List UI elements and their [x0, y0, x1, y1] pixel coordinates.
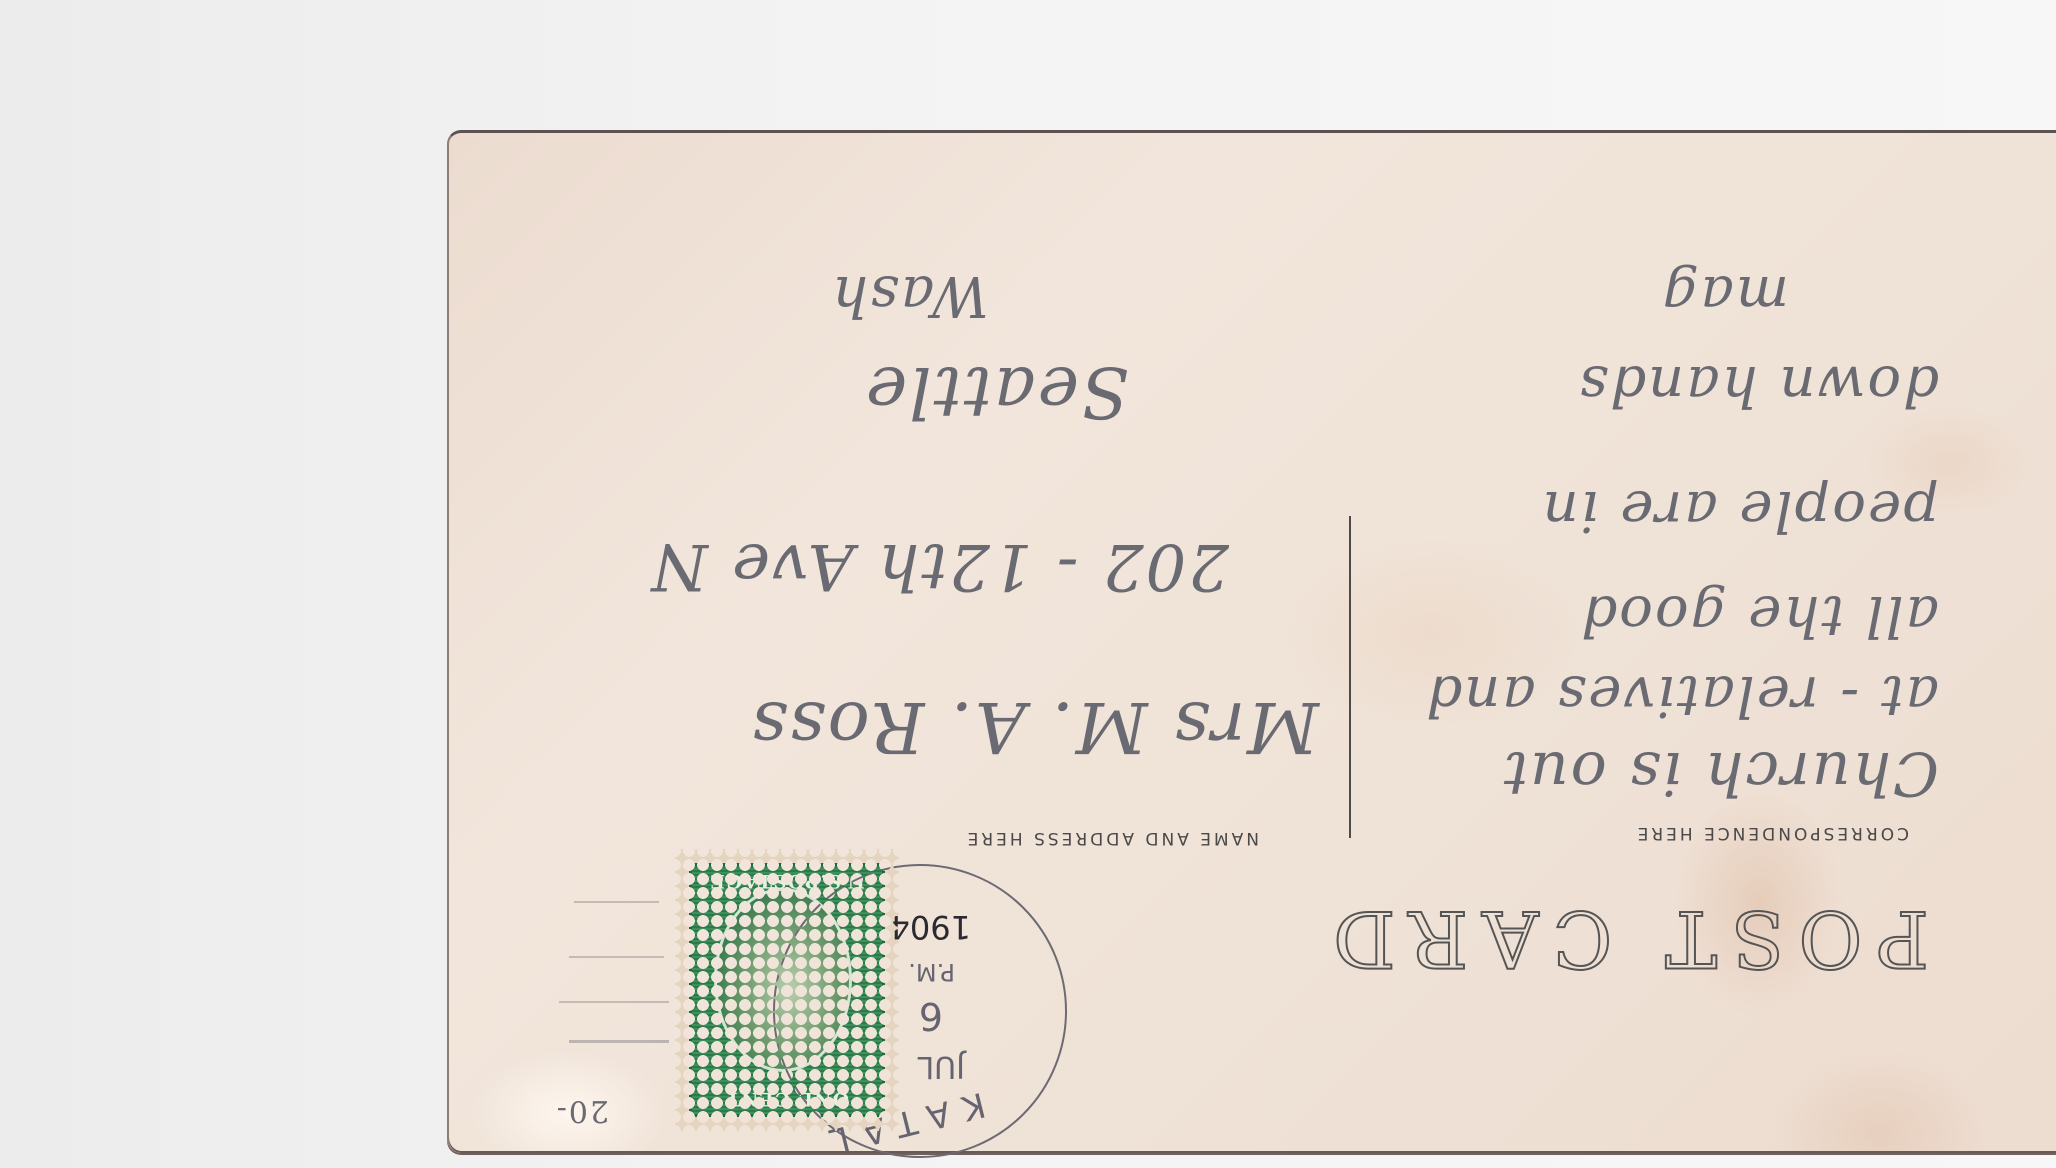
postmark-year: 1904 [890, 908, 971, 946]
message-line-6: mag [1661, 263, 1789, 328]
address-line-3: Seattle [864, 351, 1129, 433]
postcard-face: POST CARD CORRESPONDENCE HERE NAME AND A… [449, 133, 2056, 1153]
postcard: POST CARD CORRESPONDENCE HERE NAME AND A… [447, 130, 2056, 1153]
message-line-3: all the good [1579, 583, 1939, 648]
corner-note: 20- [555, 1093, 609, 1128]
message-line-2: at - relatives and [1424, 663, 1939, 728]
address-line-4: Wash [830, 263, 989, 328]
stamp-bottom-text: U.S.POSTAGE [692, 870, 882, 892]
cancel-line [569, 956, 664, 958]
post-card-title: POST CARD [1319, 893, 1929, 983]
address-line-2: 202 - 12th Ave N [650, 529, 1229, 603]
portrait-icon [714, 888, 852, 1072]
message-line-1: Church is out [1502, 738, 1939, 808]
divider-line [1349, 516, 1351, 838]
postage-stamp: ONE CENT U.S.POSTAGE [675, 849, 899, 1131]
postmark-month: JUL [917, 1049, 965, 1084]
cancel-line [574, 901, 659, 903]
correspondence-label: CORRESPONDENCE HERE [1635, 823, 1909, 843]
message-line-4: people are in [1541, 478, 1939, 543]
stamp-frame: ONE CENT U.S.POSTAGE [689, 863, 885, 1117]
cancel-line [559, 1001, 669, 1003]
message-line-5: down hands [1578, 353, 1939, 418]
address-line-1: Mrs M. A. Ross [750, 686, 1319, 768]
postmark-time: P.M. [908, 958, 955, 986]
address-label: NAME AND ADDRESS HERE [965, 828, 1259, 848]
stamp-top-text: ONE CENT [692, 1088, 882, 1110]
cancel-line [569, 1040, 669, 1043]
postmark-day: 6 [919, 994, 943, 1038]
